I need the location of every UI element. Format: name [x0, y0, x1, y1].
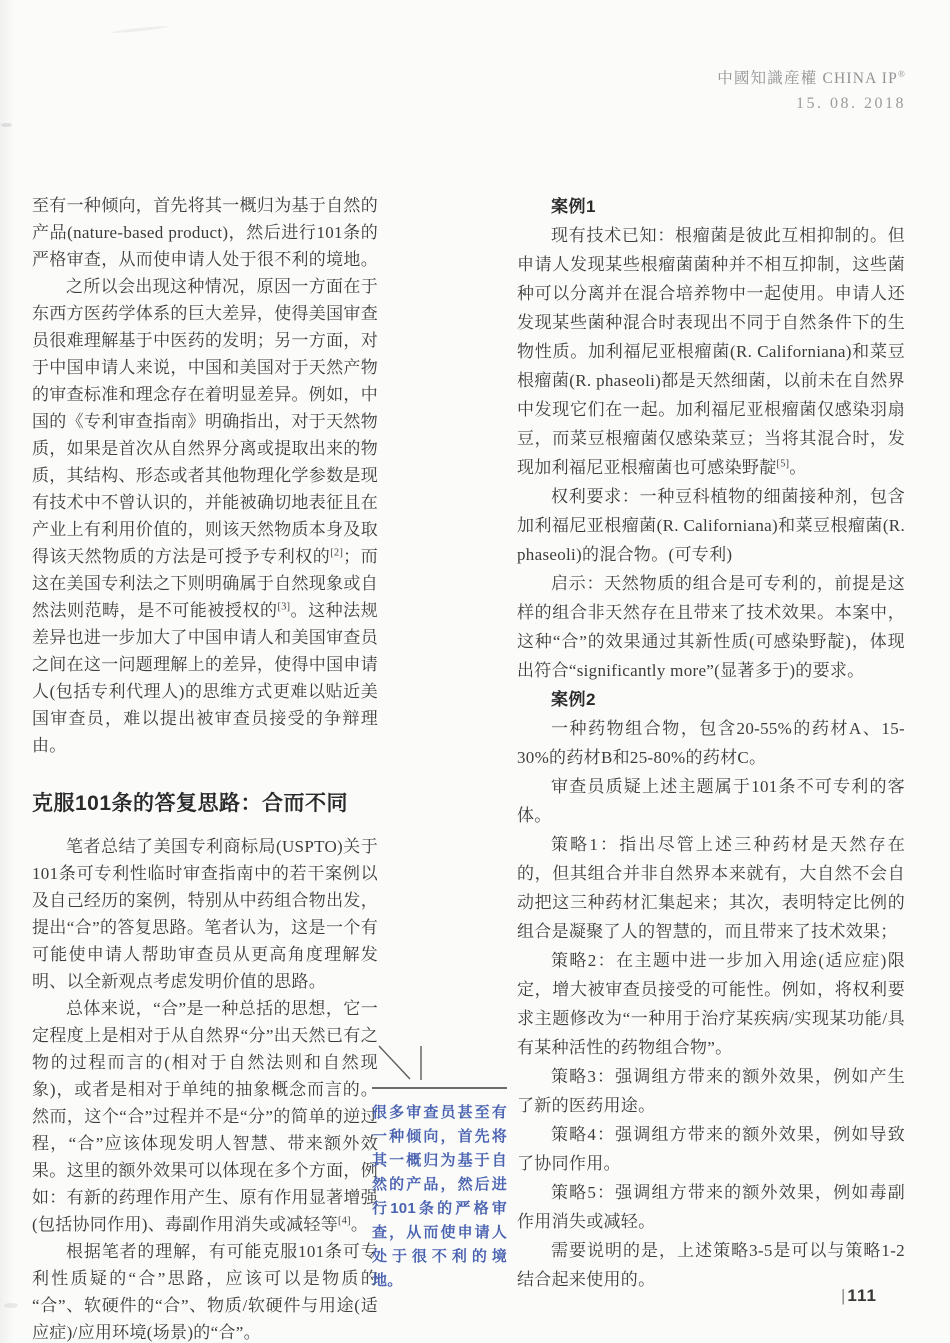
paragraph: 策略1：指出尽管上述三种药材是天然存在的，但其组合并非自然界本来就有，大自然不会… — [517, 830, 905, 946]
case1-heading: 案例1 — [517, 192, 905, 221]
case2-heading: 案例2 — [517, 685, 905, 714]
paragraph: 现有技术已知：根瘤菌是彼此互相抑制的。但申请人发现某些根瘤菌菌种并不相互抑制，这… — [517, 221, 905, 482]
magazine-title-text: 中國知識産權 CHINA IP — [717, 70, 898, 87]
scan-artifact — [4, 1303, 18, 1308]
paragraph: 总体来说，“合”是一种总括的思想，它一定程度上是相对于从自然界“分”出天然已有之… — [32, 995, 378, 1238]
paragraph: 笔者总结了美国专利商标局(USPTO)关于101条可专利性临时审查指南中的若干案… — [32, 833, 378, 995]
right-column: 案例1 现有技术已知：根瘤菌是彼此互相抑制的。但申请人发现某些根瘤菌菌种并不相互… — [517, 192, 905, 1294]
section-heading: 克服101条的答复思路：合而不同 — [32, 789, 378, 819]
paragraph: 之所以会出现这种情况，原因一方面在于东西方医药学体系的巨大差异，使得美国审查员很… — [32, 273, 378, 759]
magazine-title: 中國知識産權 CHINA IP® — [717, 66, 906, 88]
page-header: 中國知識産權 CHINA IP® 15. 08. 2018 — [717, 66, 906, 113]
paragraph: 权利要求：一种豆科植物的细菌接种剂，包含加利福尼亚根瘤菌(R. Californ… — [517, 482, 905, 569]
scan-artifact — [112, 25, 168, 34]
left-column: 至有一种倾向，首先将其一概归为基于自然的产品(nature-based prod… — [32, 192, 378, 1343]
pull-quote-divider — [372, 1087, 507, 1089]
paragraph: 策略4：强调组方带来的额外效果，例如导致了协同作用。 — [517, 1120, 905, 1178]
paragraph: 策略2：在主题中进一步加入用途(适应症)限定，增大被审查员接受的可能性。例如，将… — [517, 946, 905, 1062]
down-arrow-icon — [377, 1044, 425, 1082]
paragraph: 启示：天然物质的组合是可专利的，前提是这样的组合非天然存在且带来了技术效果。本案… — [517, 569, 905, 685]
paragraph: 策略5：强调组方带来的额外效果，例如毒副作用消失或减轻。 — [517, 1178, 905, 1236]
registered-mark: ® — [898, 69, 906, 79]
paragraph: 策略3：强调组方带来的额外效果，例如产生了新的医药用途。 — [517, 1062, 905, 1120]
issue-date: 15. 08. 2018 — [717, 95, 906, 113]
paragraph: 一种药物组合物，包含20-55%的药材A、15-30%的药材B和25-80%的药… — [517, 714, 905, 772]
magazine-page: 中國知識産權 CHINA IP® 15. 08. 2018 至有一种倾向，首先将… — [0, 0, 950, 1343]
paragraph: 审查员质疑上述主题属于101条不可专利的客体。 — [517, 772, 905, 830]
page-number-divider: | — [841, 1286, 845, 1305]
paragraph: 至有一种倾向，首先将其一概归为基于自然的产品(nature-based prod… — [32, 192, 378, 273]
pull-quote: 很多审查员甚至有一种倾向，首先将其一概归为基于自然的产品，然后进行101条的严格… — [372, 1044, 507, 1293]
scan-artifact — [1, 123, 12, 127]
paragraph: 根据笔者的理解，有可能克服101条可专利性质疑的“合”思路，应该可以是物质的“合… — [32, 1238, 378, 1343]
page-number: 111 — [847, 1286, 877, 1305]
pull-quote-text: 很多审查员甚至有一种倾向，首先将其一概归为基于自然的产品，然后进行101条的严格… — [372, 1101, 507, 1293]
page-footer: |111 — [841, 1286, 877, 1306]
